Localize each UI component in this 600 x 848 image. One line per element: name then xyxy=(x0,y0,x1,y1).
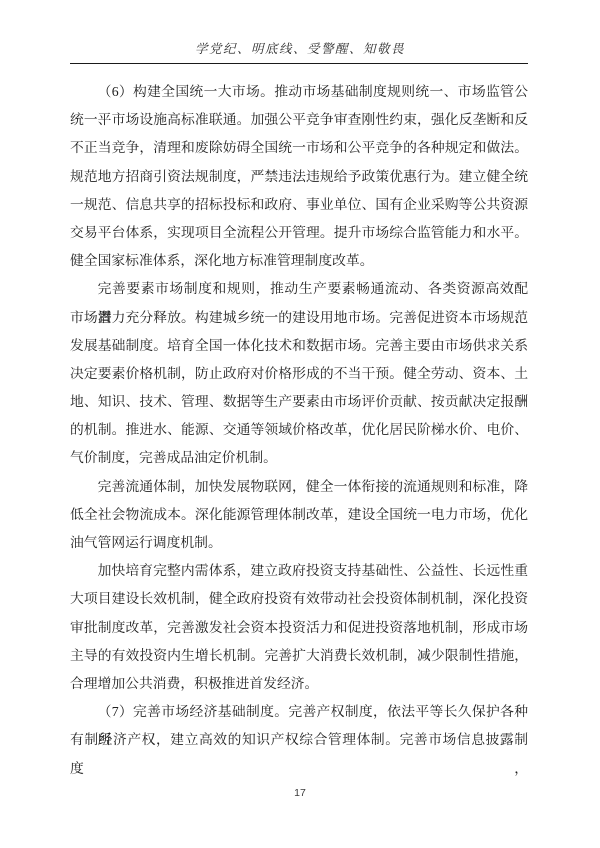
text-line: （7）完善市场经济基础制度。完善产权制度，依法平等长久保护各种所 xyxy=(70,698,528,726)
text-line: 不正当竞争，清理和废除妨碍全国统一市场和公平竞争的各种规定和做法。 xyxy=(70,134,528,162)
text-line: 完善要素市场制度和规则，推动生产要素畅通流动、各类资源高效配置、 xyxy=(70,275,528,303)
text-line: 气价制度，完善成品油定价机制。 xyxy=(70,444,528,472)
text-line: 主导的有效投资内生增长机制。完善扩大消费长效机制，减少限制性措施， xyxy=(70,642,528,670)
text-line: 低全社会物流成本。深化能源管理体制改革，建设全国统一电力市场，优化 xyxy=(70,501,528,529)
text-line: 大项目建设长效机制，健全政府投资有效带动社会投资体制机制，深化投资 xyxy=(70,585,528,613)
text-line: 发展基础制度。培育全国一体化技术和数据市场。完善主要由市场供求关系 xyxy=(70,332,528,360)
header-divider xyxy=(70,63,528,64)
document-body: （6）构建全国统一大市场。推动市场基础制度规则统一、市场监管公平 统一、市场设施… xyxy=(70,78,528,755)
page-header: 学党纪、明底线、受警醒、知敬畏 xyxy=(0,39,600,57)
paragraph: 完善流通体制，加快发展物联网，健全一体衔接的流通规则和标准，降 低全社会物流成本… xyxy=(70,473,528,558)
text-line: 规范地方招商引资法规制度，严禁违法违规给予政策优惠行为。建立健全统 xyxy=(70,163,528,191)
text-line: 一规范、信息共享的招标投标和政府、事业单位、国有企业采购等公共资源 xyxy=(70,191,528,219)
page-number: 17 xyxy=(0,787,600,799)
text-line: 统一、市场设施高标准联通。加强公平竞争审查刚性约束，强化反垄断和反 xyxy=(70,106,528,134)
paragraph: （6）构建全国统一大市场。推动市场基础制度规则统一、市场监管公平 统一、市场设施… xyxy=(70,78,528,275)
text-line: 有制经济产权，建立高效的知识产权综合管理体制。完善市场信息披露制度， xyxy=(70,726,528,754)
paragraph: 完善要素市场制度和规则，推动生产要素畅通流动、各类资源高效配置、 市场潜力充分释… xyxy=(70,275,528,472)
text-line: 交易平台体系，实现项目全流程公开管理。提升市场综合监管能力和水平。 xyxy=(70,219,528,247)
text-line: 的机制。推进水、能源、交通等领域价格改革，优化居民阶梯水价、电价、 xyxy=(70,416,528,444)
paragraph: （7）完善市场经济基础制度。完善产权制度，依法平等长久保护各种所 有制经济产权，… xyxy=(70,698,528,754)
text-line: 加快培育完整内需体系，建立政府投资支持基础性、公益性、长远性重 xyxy=(70,557,528,585)
text-line: 决定要素价格机制，防止政府对价格形成的不当干预。健全劳动、资本、土 xyxy=(70,360,528,388)
text-line: 健全国家标准体系，深化地方标准管理制度改革。 xyxy=(70,247,528,275)
document-page: 学党纪、明底线、受警醒、知敬畏 （6）构建全国统一大市场。推动市场基础制度规则统… xyxy=(0,0,600,848)
text-line: 审批制度改革，完善激发社会资本投资活力和促进投资落地机制，形成市场 xyxy=(70,614,528,642)
text-line: 完善流通体制，加快发展物联网，健全一体衔接的流通规则和标准，降 xyxy=(70,473,528,501)
text-line: 油气管网运行调度机制。 xyxy=(70,529,528,557)
text-line: 地、知识、技术、管理、数据等生产要素由市场评价贡献、按贡献决定报酬 xyxy=(70,388,528,416)
text-line: （6）构建全国统一大市场。推动市场基础制度规则统一、市场监管公平 xyxy=(70,78,528,106)
text-line: 合理增加公共消费，积极推进首发经济。 xyxy=(70,670,528,698)
paragraph: 加快培育完整内需体系，建立政府投资支持基础性、公益性、长远性重 大项目建设长效机… xyxy=(70,557,528,698)
text-line: 市场潜力充分释放。构建城乡统一的建设用地市场。完善促进资本市场规范 xyxy=(70,304,528,332)
